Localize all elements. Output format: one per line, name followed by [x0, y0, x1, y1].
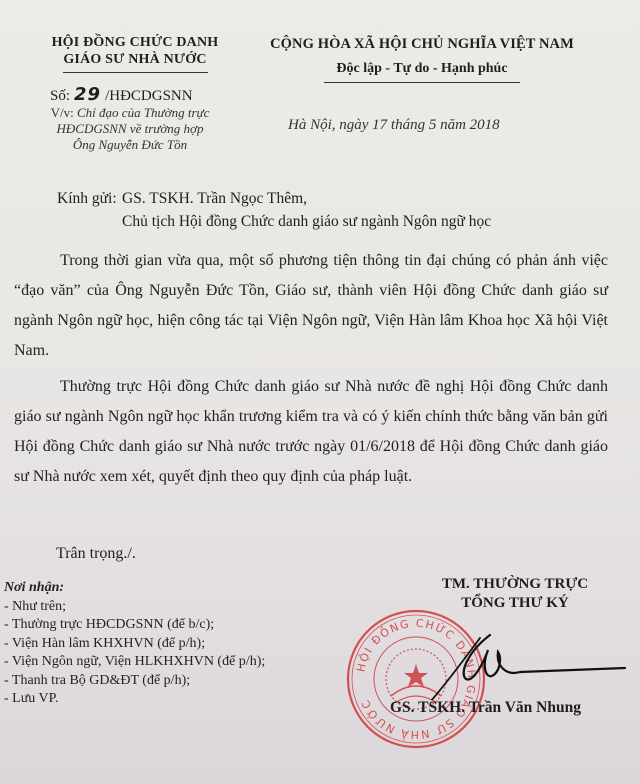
handwritten-signature-icon: [430, 630, 630, 700]
document-number: Số:29/HĐCDGSNN: [50, 84, 193, 105]
body-paragraph-1: Trong thời gian vừa qua, một số phương t…: [14, 246, 608, 366]
subject-text-2: HĐCDGSNN về trường hợp: [57, 121, 204, 136]
recipient-label: Kính gửi:: [57, 187, 122, 210]
paragraph-text: Trong thời gian vừa qua, một số phương t…: [14, 252, 608, 359]
number-suffix: /HĐCDGSNN: [105, 88, 193, 104]
signatory-name: GS. TSKH. Trần Văn Nhung: [390, 699, 581, 717]
recipient-block: Kính gửi:GS. TSKH. Trần Ngọc Thêm, Chủ t…: [57, 187, 491, 233]
subject-line: V/v: Chỉ đạo của Thường trực HĐCDGSNN về…: [30, 105, 230, 153]
subject-label: V/v:: [51, 105, 74, 120]
motto: Độc lập - Tự do - Hạnh phúc: [232, 61, 612, 77]
nation-name: CỘNG HÒA XÃ HỘI CHỦ NGHĨA VIỆT NAM: [232, 36, 612, 53]
distribution-item: - Thanh tra Bộ GD&ĐT (để p/h);: [4, 672, 265, 691]
paragraph-text: Thường trực Hội đồng Chức danh giáo sư N…: [14, 378, 608, 485]
distribution-item: - Lưu VP.: [4, 690, 265, 709]
distribution-title: Nơi nhận:: [4, 579, 265, 598]
recipient-name: GS. TSKH. Trần Ngọc Thêm,: [122, 190, 307, 207]
issuing-organization: HỘI ĐỒNG CHỨC DANH GIÁO SƯ NHÀ NƯỚC: [40, 34, 230, 73]
org-name-line2: GIÁO SƯ NHÀ NƯỚC: [40, 51, 230, 68]
closing: Trân trọng./.: [56, 545, 136, 563]
distribution-item: - Viện Hàn lâm KHXHVN (để p/h);: [4, 635, 265, 654]
distribution-item: - Viện Ngôn ngữ, Viện HLKHXHVN (để p/h);: [4, 653, 265, 672]
place-date: Hà Nội, ngày 17 tháng 5 năm 2018: [288, 117, 500, 134]
recipient-title: Chủ tịch Hội đồng Chức danh giáo sư ngàn…: [57, 210, 491, 233]
national-motto: CỘNG HÒA XÃ HỘI CHỦ NGHĨA VIỆT NAM Độc l…: [232, 36, 612, 83]
org-name-line1: HỘI ĐỒNG CHỨC DANH: [40, 34, 230, 51]
number-prefix: Số:: [50, 88, 70, 104]
divider: [324, 82, 520, 83]
divider: [63, 72, 208, 73]
distribution-item: - Như trên;: [4, 598, 265, 617]
subject-text-1: Chỉ đạo của Thường trực: [77, 105, 209, 120]
subject-text-3: Ông Nguyễn Đức Tồn: [73, 137, 187, 152]
distribution-item: - Thường trực HĐCDGSNN (để b/c);: [4, 616, 265, 635]
distribution-list: Nơi nhận: - Như trên; - Thường trực HĐCD…: [4, 579, 265, 709]
signatory-line1: TM. THƯỜNG TRỰC: [410, 575, 620, 594]
handwritten-number: 29: [74, 84, 101, 105]
body-paragraph-2: Thường trực Hội đồng Chức danh giáo sư N…: [14, 372, 608, 492]
